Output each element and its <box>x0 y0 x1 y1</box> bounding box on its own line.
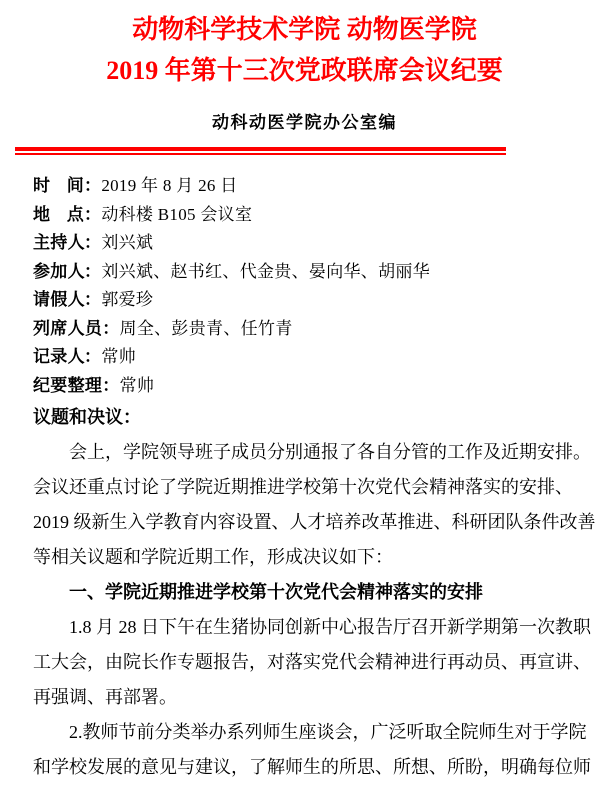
rule-thin-line <box>15 153 506 155</box>
body-heading-line: 一、学院近期推进学校第十次党代会精神落实的安排 <box>33 575 609 610</box>
meeting-info-list: 时间：2019 年 8 月 26 日地点：动科楼 B105 会议室主持人：刘兴斌… <box>33 172 609 400</box>
info-value: 动科楼 B105 会议室 <box>101 205 252 224</box>
info-label: 地点 <box>33 201 84 230</box>
info-colon: ： <box>102 319 119 338</box>
body-heading-line: 议题和决议： <box>33 400 609 435</box>
info-label: 时间 <box>33 172 84 201</box>
document-title-line1: 动物科学技术学院 动物医学院 <box>0 0 609 46</box>
info-value: 常帅 <box>101 347 136 366</box>
info-colon: ： <box>84 205 101 224</box>
body-text-line: 和学校发展的意见与建议，了解师生的所思、所想、所盼，明确每位师 <box>33 750 609 785</box>
info-colon: ： <box>84 262 101 281</box>
info-colon: ： <box>84 233 101 252</box>
info-value: 周全、彭贵青、任竹青 <box>120 319 293 338</box>
body-text-line: 工大会，由院长作专题报告，对落实党代会精神进行再动员、再宣讲、 <box>33 645 609 680</box>
info-value: 刘兴斌、赵书红、代金贵、晏向华、胡丽华 <box>101 262 430 281</box>
info-label: 纪要整理 <box>33 372 102 401</box>
info-label: 主持人 <box>33 229 84 258</box>
document-title-line2: 2019 年第十三次党政联席会议纪要 <box>0 54 609 87</box>
body-text-line: 会上，学院领导班子成员分别通报了各自分管的工作及近期安排。 <box>33 435 609 470</box>
body-text-line: 等相关议题和学院近期工作，形成决议如下： <box>33 540 609 575</box>
document-page: 动物科学技术学院 动物医学院 2019 年第十三次党政联席会议纪要 动科动医学院… <box>0 0 609 800</box>
info-row: 记录人：常帅 <box>33 343 609 372</box>
info-row: 纪要整理：常帅 <box>33 372 609 401</box>
info-row: 地点：动科楼 B105 会议室 <box>33 201 609 230</box>
info-value: 2019 年 8 月 26 日 <box>101 176 237 195</box>
info-label: 列席人员 <box>33 315 102 344</box>
body-text-line: 会议还重点讨论了学院近期推进学校第十次党代会精神落实的安排、 <box>33 470 609 505</box>
header-divider-rule <box>15 147 506 155</box>
body-text-line: 1.8 月 28 日下午在生猪协同创新中心报告厅召开新学期第一次教职 <box>33 610 609 645</box>
info-colon: ： <box>84 347 101 366</box>
info-row: 请假人：郭爱珍 <box>33 286 609 315</box>
info-colon: ： <box>102 376 119 395</box>
info-colon: ： <box>84 176 101 195</box>
info-value: 刘兴斌 <box>101 233 153 252</box>
compiler-line: 动科动医学院办公室编 <box>0 108 609 133</box>
minutes-body: 议题和决议：会上，学院领导班子成员分别通报了各自分管的工作及近期安排。会议还重点… <box>33 400 609 785</box>
body-text-line: 再强调、再部署。 <box>33 680 609 715</box>
info-value: 郭爱珍 <box>101 290 153 309</box>
rule-thick-line <box>15 147 506 151</box>
body-text-line: 2.教师节前分类举办系列师生座谈会，广泛听取全院师生对于学院 <box>33 715 609 750</box>
info-row: 时间：2019 年 8 月 26 日 <box>33 172 609 201</box>
info-row: 列席人员：周全、彭贵青、任竹青 <box>33 315 609 344</box>
info-label: 请假人 <box>33 286 84 315</box>
info-row: 主持人：刘兴斌 <box>33 229 609 258</box>
info-row: 参加人：刘兴斌、赵书红、代金贵、晏向华、胡丽华 <box>33 258 609 287</box>
info-colon: ： <box>84 290 101 309</box>
info-value: 常帅 <box>120 376 155 395</box>
body-text-line: 2019 级新生入学教育内容设置、人才培养改革推进、科研团队条件改善 <box>33 505 609 540</box>
info-label: 记录人 <box>33 343 84 372</box>
info-label: 参加人 <box>33 258 84 287</box>
